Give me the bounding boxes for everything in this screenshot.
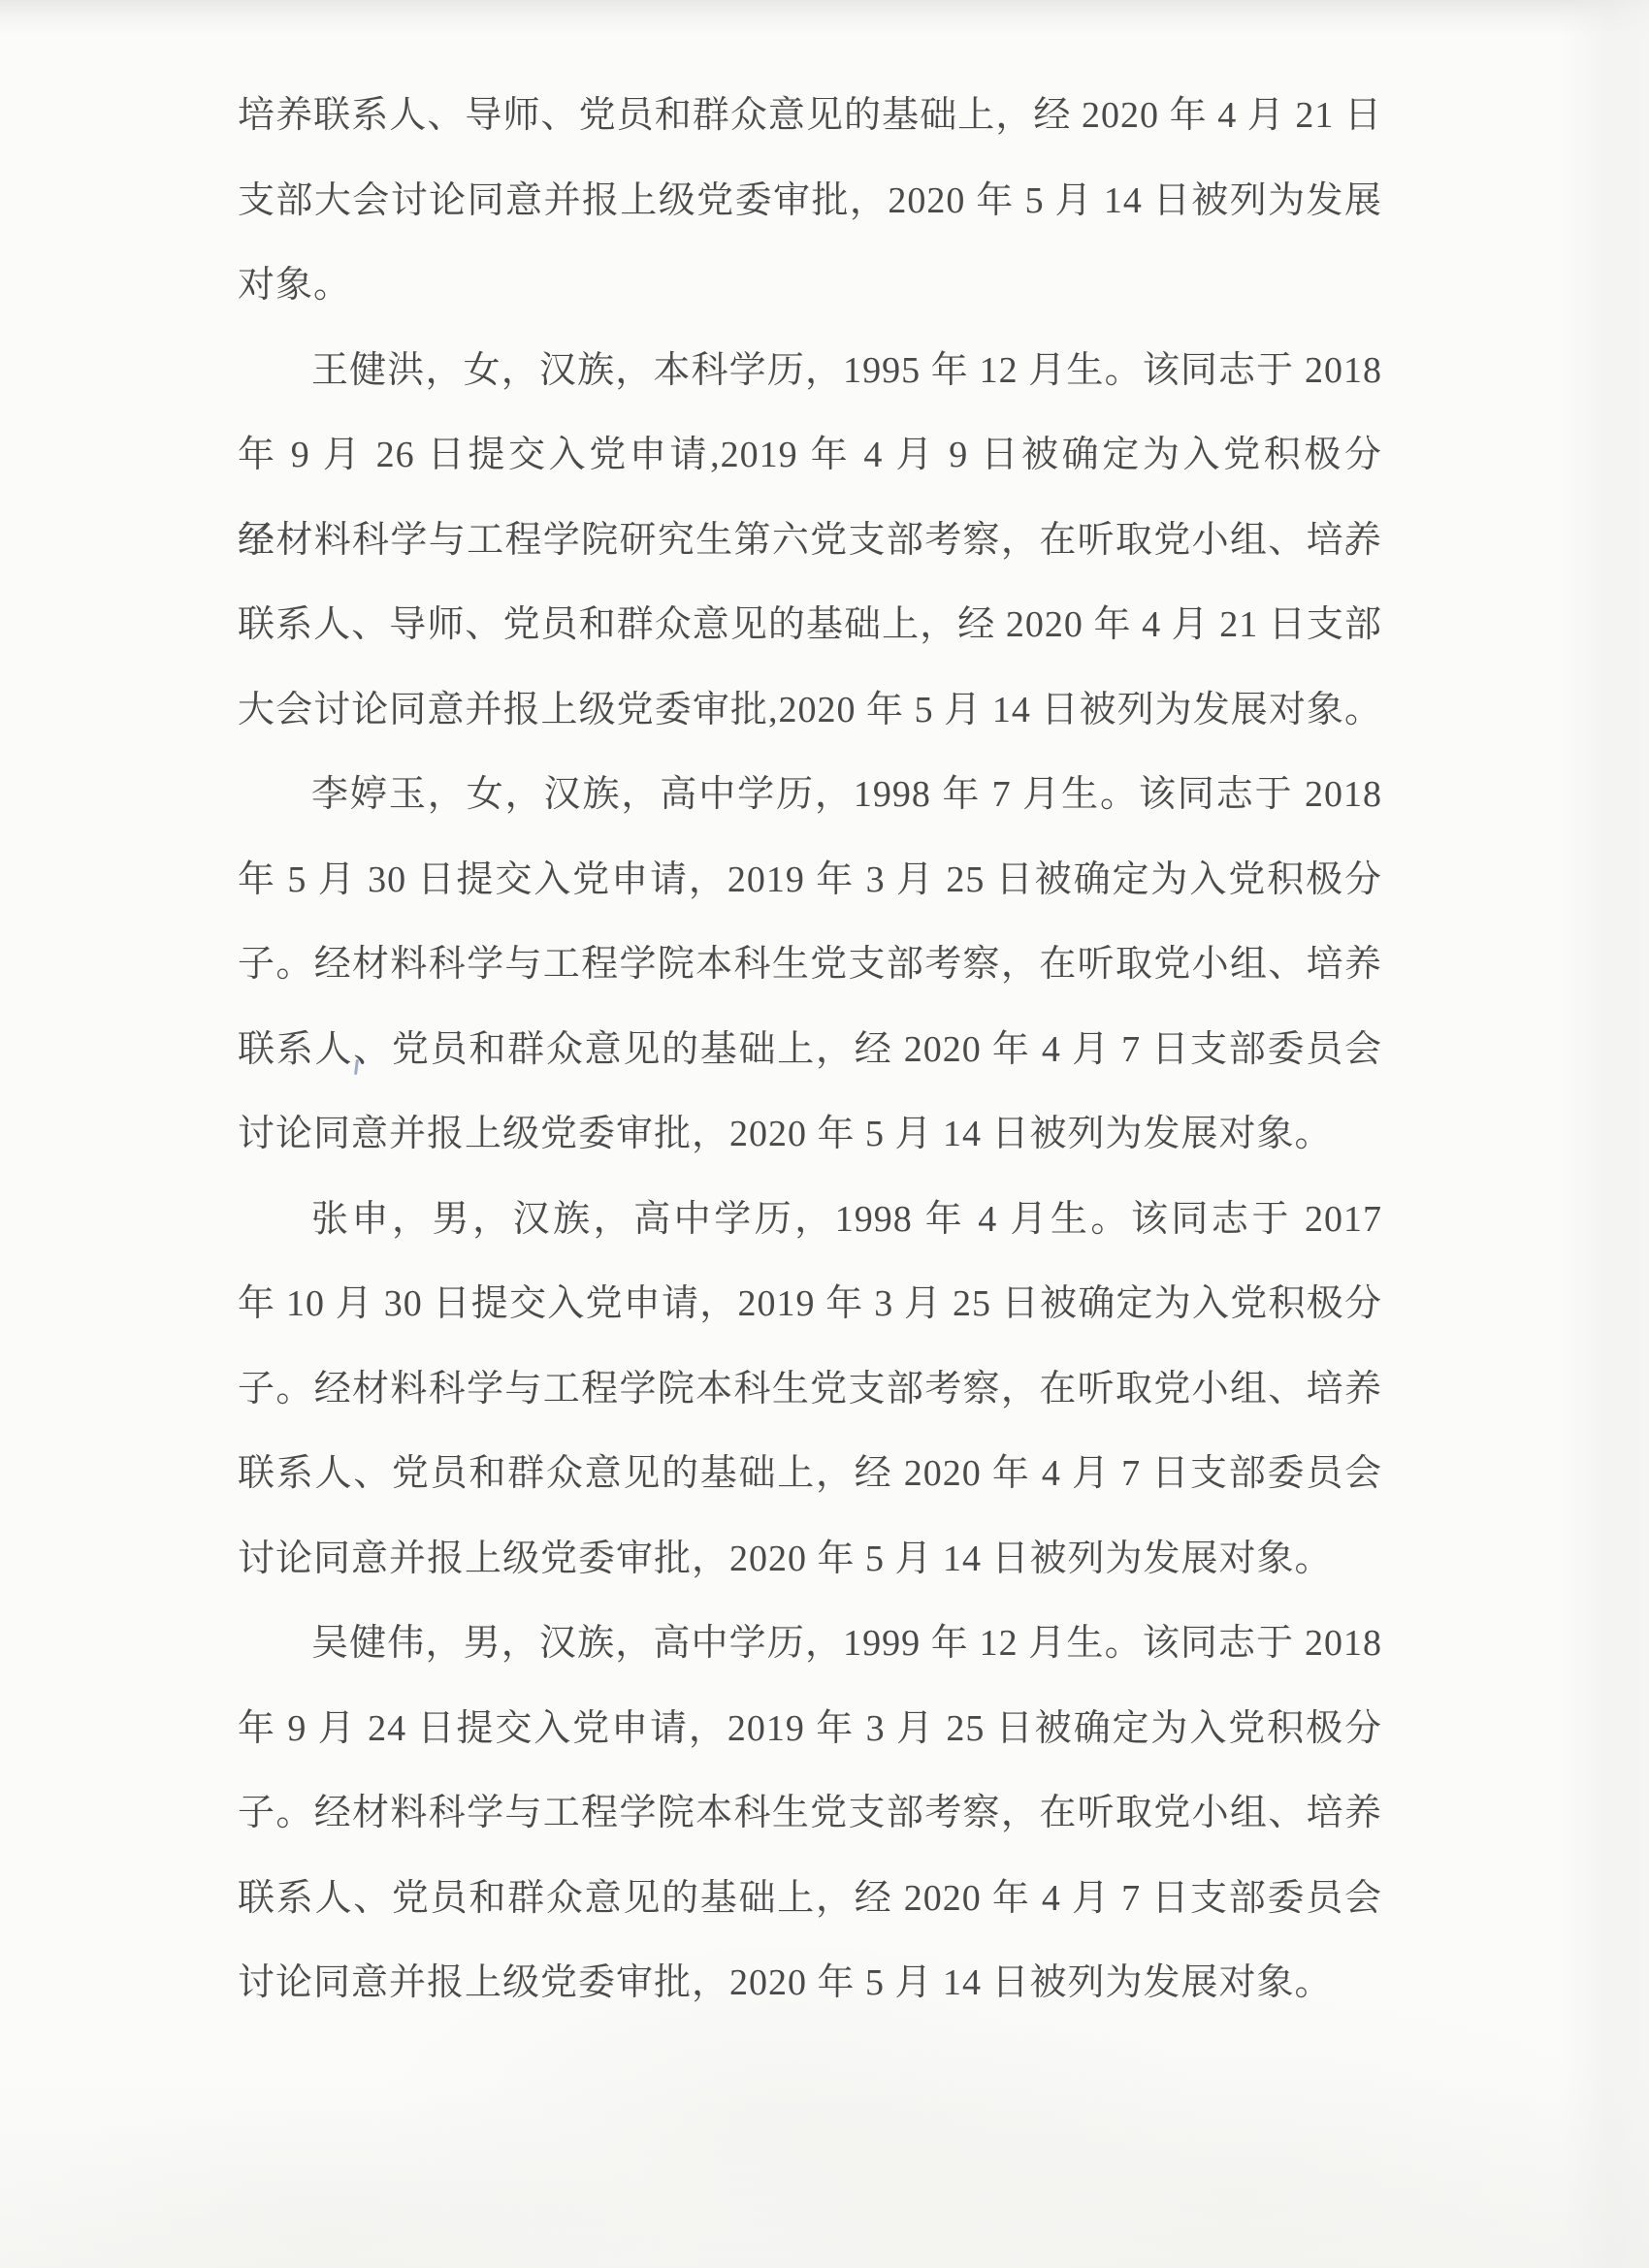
text-line: 子。经材料科学与工程学院本科生党支部考察，在听取党小组、培养 [238,923,1382,1008]
text-line: 子。经材料科学与工程学院本科生党支部考察，在听取党小组、培养 [238,1771,1382,1857]
text-line: 联系人、党员和群众意见的基础上，经 2020 年 4 月 7 日支部委员会 [238,1857,1382,1942]
text-line: 大会讨论同意并报上级党委审批,2020 年 5 月 14 日被列为发展对象。 [238,668,1382,754]
text-line: 子。经材料科学与工程学院本科生党支部考察，在听取党小组、培养 [238,1347,1382,1433]
text-line: 吴健伟，男，汉族，高中学历，1999 年 12 月生。该同志于 2018 [238,1602,1382,1687]
text-line: 年 9 月 24 日提交入党申请，2019 年 3 月 25 日被确定为入党积极… [238,1687,1382,1772]
paragraph-zhang-shen: 张申，男，汉族，高中学历，1998 年 4 月生。该同志于 2017 年 10 … [238,1178,1382,1603]
text-line: 年 9 月 26 日提交入党申请,2019 年 4 月 9 日被确定为入党积极分… [238,413,1382,499]
text-line: 年 10 月 30 日提交入党申请，2019 年 3 月 25 日被确定为入党积… [238,1262,1382,1347]
text-line: 讨论同意并报上级党委审批，2020 年 5 月 14 日被列为发展对象。 [238,1092,1382,1178]
document-text-block: 培养联系人、导师、党员和群众意见的基础上，经 2020 年 4 月 21 日 支… [238,74,1382,2026]
text-line: 李婷玉，女，汉族，高中学历，1998 年 7 月生。该同志于 2018 [238,753,1382,838]
text-line: 联系人、导师、党员和群众意见的基础上，经 2020 年 4 月 21 日支部 [238,583,1382,668]
text-line: 联系人、党员和群众意见的基础上，经 2020 年 4 月 7 日支部委员会 [238,1008,1382,1093]
scan-shading-right [1562,0,1649,2268]
scan-shading-top [0,0,1649,35]
text-line: 张申，男，汉族，高中学历，1998 年 4 月生。该同志于 2017 [238,1178,1382,1263]
paragraph-li-tingyu: 李婷玉，女，汉族，高中学历，1998 年 7 月生。该同志于 2018 年 5 … [238,753,1382,1178]
text-line: 王健洪，女，汉族，本科学历，1995 年 12 月生。该同志于 2018 [238,329,1382,414]
paragraph-continuation: 培养联系人、导师、党员和群众意见的基础上，经 2020 年 4 月 21 日 支… [238,74,1382,329]
text-line: 培养联系人、导师、党员和群众意见的基础上，经 2020 年 4 月 21 日 [238,74,1382,159]
text-line: 联系人、党员和群众意见的基础上，经 2020 年 4 月 7 日支部委员会 [238,1432,1382,1517]
text-line: 对象。 [238,243,1382,329]
text-line: 经材料科学与工程学院研究生第六党支部考察，在听取党小组、培养 [238,499,1382,584]
text-line: 年 5 月 30 日提交入党申请，2019 年 3 月 25 日被确定为入党积极… [238,838,1382,923]
text-line: 讨论同意并报上级党委审批，2020 年 5 月 14 日被列为发展对象。 [238,1941,1382,2026]
text-line: 讨论同意并报上级党委审批，2020 年 5 月 14 日被列为发展对象。 [238,1517,1382,1603]
paragraph-wang-jianhong: 王健洪，女，汉族，本科学历，1995 年 12 月生。该同志于 2018 年 9… [238,329,1382,754]
paragraph-wu-jianwei: 吴健伟，男，汉族，高中学历，1999 年 12 月生。该同志于 2018 年 9… [238,1602,1382,2026]
scanned-page: 培养联系人、导师、党员和群众意见的基础上，经 2020 年 4 月 21 日 支… [0,0,1649,2268]
text-line: 支部大会讨论同意并报上级党委审批，2020 年 5 月 14 日被列为发展 [238,159,1382,244]
scan-shading-bottom [0,2074,1649,2268]
